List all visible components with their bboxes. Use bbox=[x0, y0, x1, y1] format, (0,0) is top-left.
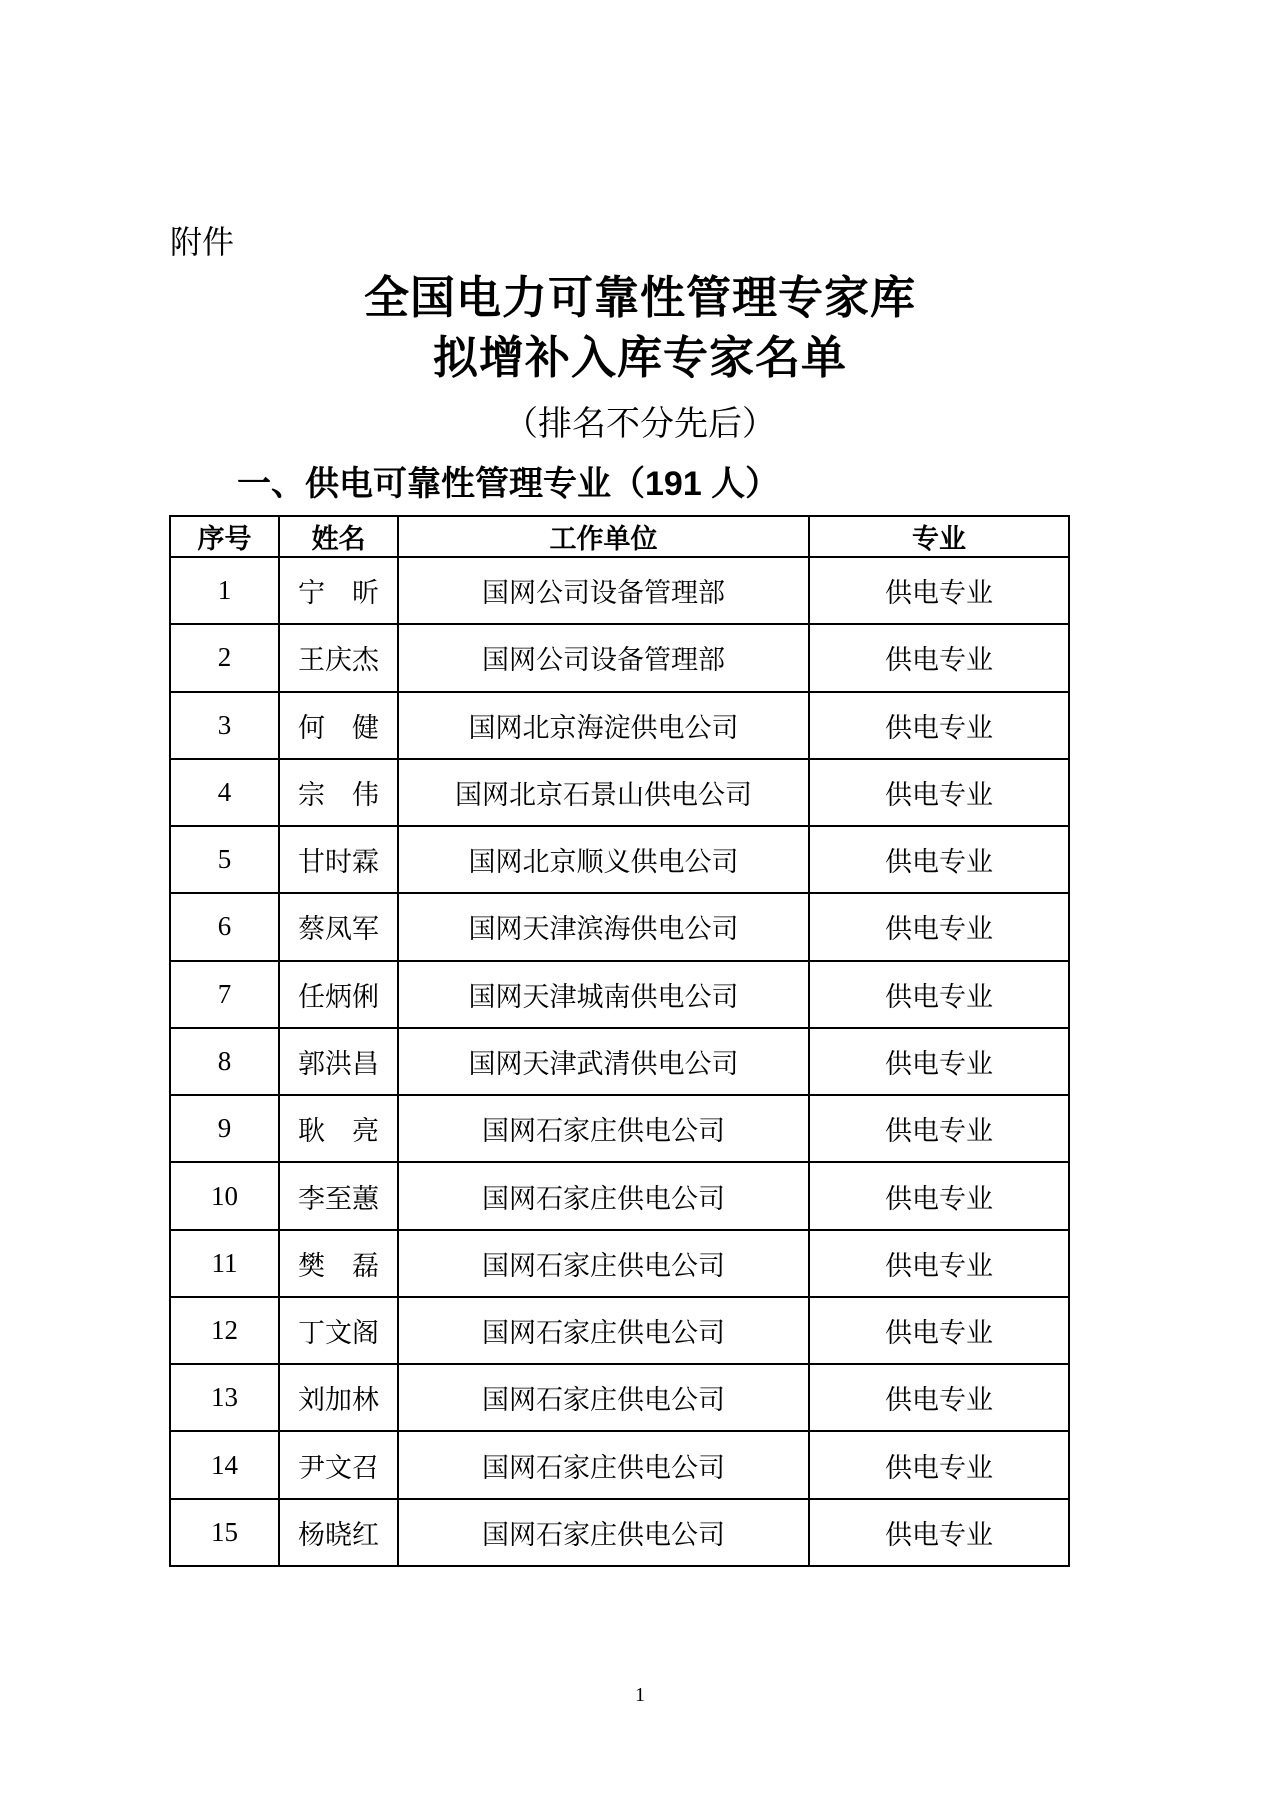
table-cell: 樊 磊 bbox=[279, 1230, 398, 1297]
table-cell: 供电专业 bbox=[809, 692, 1069, 759]
table-cell: 供电专业 bbox=[809, 624, 1069, 691]
table-row: 6蔡凤军国网天津滨海供电公司供电专业 bbox=[170, 893, 1069, 960]
table-header-row: 序号姓名工作单位专业 bbox=[170, 516, 1069, 557]
table-cell: 王庆杰 bbox=[279, 624, 398, 691]
table-cell: 国网北京石景山供电公司 bbox=[398, 759, 809, 826]
table-cell: 8 bbox=[170, 1028, 279, 1095]
table-cell: 13 bbox=[170, 1364, 279, 1431]
table-cell: 国网石家庄供电公司 bbox=[398, 1230, 809, 1297]
table-row: 9耿 亮国网石家庄供电公司供电专业 bbox=[170, 1095, 1069, 1162]
table-cell: 国网天津武清供电公司 bbox=[398, 1028, 809, 1095]
page-number: 1 bbox=[0, 1682, 1280, 1708]
table-cell: 郭洪昌 bbox=[279, 1028, 398, 1095]
table-cell: 国网石家庄供电公司 bbox=[398, 1297, 809, 1364]
table-cell: 4 bbox=[170, 759, 279, 826]
table-cell: 供电专业 bbox=[809, 759, 1069, 826]
table-cell: 供电专业 bbox=[809, 893, 1069, 960]
table-row: 14尹文召国网石家庄供电公司供电专业 bbox=[170, 1431, 1069, 1498]
table-cell: 国网石家庄供电公司 bbox=[398, 1095, 809, 1162]
section-heading: 一、供电可靠性管理专业（191 人） bbox=[237, 462, 779, 506]
table-cell: 宗 伟 bbox=[279, 759, 398, 826]
table-cell: 国网石家庄供电公司 bbox=[398, 1499, 809, 1566]
table-cell: 7 bbox=[170, 961, 279, 1028]
table-cell: 国网天津滨海供电公司 bbox=[398, 893, 809, 960]
table-row: 1宁 昕国网公司设备管理部供电专业 bbox=[170, 557, 1069, 624]
table-cell: 国网公司设备管理部 bbox=[398, 557, 809, 624]
table-cell: 国网石家庄供电公司 bbox=[398, 1364, 809, 1431]
table-cell: 供电专业 bbox=[809, 1431, 1069, 1498]
table-cell: 国网北京顺义供电公司 bbox=[398, 826, 809, 893]
column-header-3: 专业 bbox=[809, 516, 1069, 557]
table-cell: 供电专业 bbox=[809, 1095, 1069, 1162]
document-title: 全国电力可靠性管理专家库 拟增补入库专家名单 bbox=[0, 268, 1280, 388]
table-cell: 6 bbox=[170, 893, 279, 960]
table-cell: 刘加林 bbox=[279, 1364, 398, 1431]
column-header-2: 工作单位 bbox=[398, 516, 809, 557]
table-cell: 供电专业 bbox=[809, 1499, 1069, 1566]
table-cell: 丁文阁 bbox=[279, 1297, 398, 1364]
table-cell: 11 bbox=[170, 1230, 279, 1297]
table-cell: 2 bbox=[170, 624, 279, 691]
table-cell: 耿 亮 bbox=[279, 1095, 398, 1162]
table-cell: 国网北京海淀供电公司 bbox=[398, 692, 809, 759]
table-cell: 供电专业 bbox=[809, 1230, 1069, 1297]
table-cell: 15 bbox=[170, 1499, 279, 1566]
table-row: 8郭洪昌国网天津武清供电公司供电专业 bbox=[170, 1028, 1069, 1095]
table-row: 11樊 磊国网石家庄供电公司供电专业 bbox=[170, 1230, 1069, 1297]
table-row: 7任炳俐国网天津城南供电公司供电专业 bbox=[170, 961, 1069, 1028]
table-row: 4宗 伟国网北京石景山供电公司供电专业 bbox=[170, 759, 1069, 826]
table-cell: 国网石家庄供电公司 bbox=[398, 1431, 809, 1498]
table-cell: 10 bbox=[170, 1162, 279, 1229]
table-cell: 国网石家庄供电公司 bbox=[398, 1162, 809, 1229]
table-row: 15杨晓红国网石家庄供电公司供电专业 bbox=[170, 1499, 1069, 1566]
column-header-1: 姓名 bbox=[279, 516, 398, 557]
experts-table: 序号姓名工作单位专业 1宁 昕国网公司设备管理部供电专业2王庆杰国网公司设备管理… bbox=[169, 515, 1070, 1567]
column-header-0: 序号 bbox=[170, 516, 279, 557]
table-cell: 蔡凤军 bbox=[279, 893, 398, 960]
table-cell: 供电专业 bbox=[809, 1162, 1069, 1229]
table-cell: 供电专业 bbox=[809, 1028, 1069, 1095]
attachment-label: 附件 bbox=[170, 220, 234, 264]
table-row: 10李至蕙国网石家庄供电公司供电专业 bbox=[170, 1162, 1069, 1229]
table-cell: 供电专业 bbox=[809, 826, 1069, 893]
table-cell: 供电专业 bbox=[809, 1297, 1069, 1364]
table-row: 2王庆杰国网公司设备管理部供电专业 bbox=[170, 624, 1069, 691]
subtitle-ranking-note: （排名不分先后） bbox=[0, 402, 1280, 446]
table-cell: 尹文召 bbox=[279, 1431, 398, 1498]
table-cell: 甘时霖 bbox=[279, 826, 398, 893]
table-cell: 14 bbox=[170, 1431, 279, 1498]
title-line-2: 拟增补入库专家名单 bbox=[0, 328, 1280, 388]
table-cell: 供电专业 bbox=[809, 961, 1069, 1028]
table-row: 12丁文阁国网石家庄供电公司供电专业 bbox=[170, 1297, 1069, 1364]
table-row: 3何 健国网北京海淀供电公司供电专业 bbox=[170, 692, 1069, 759]
table-cell: 1 bbox=[170, 557, 279, 624]
table-cell: 国网天津城南供电公司 bbox=[398, 961, 809, 1028]
table-cell: 供电专业 bbox=[809, 1364, 1069, 1431]
table-cell: 5 bbox=[170, 826, 279, 893]
table-cell: 任炳俐 bbox=[279, 961, 398, 1028]
table-cell: 供电专业 bbox=[809, 557, 1069, 624]
table-cell: 9 bbox=[170, 1095, 279, 1162]
table-cell: 国网公司设备管理部 bbox=[398, 624, 809, 691]
title-line-1: 全国电力可靠性管理专家库 bbox=[0, 268, 1280, 328]
document-page: 附件 全国电力可靠性管理专家库 拟增补入库专家名单 （排名不分先后） 一、供电可… bbox=[0, 0, 1280, 1810]
table-cell: 12 bbox=[170, 1297, 279, 1364]
table-cell: 3 bbox=[170, 692, 279, 759]
table-cell: 杨晓红 bbox=[279, 1499, 398, 1566]
table-row: 5甘时霖国网北京顺义供电公司供电专业 bbox=[170, 826, 1069, 893]
table-cell: 宁 昕 bbox=[279, 557, 398, 624]
table-row: 13刘加林国网石家庄供电公司供电专业 bbox=[170, 1364, 1069, 1431]
table-cell: 何 健 bbox=[279, 692, 398, 759]
table-cell: 李至蕙 bbox=[279, 1162, 398, 1229]
